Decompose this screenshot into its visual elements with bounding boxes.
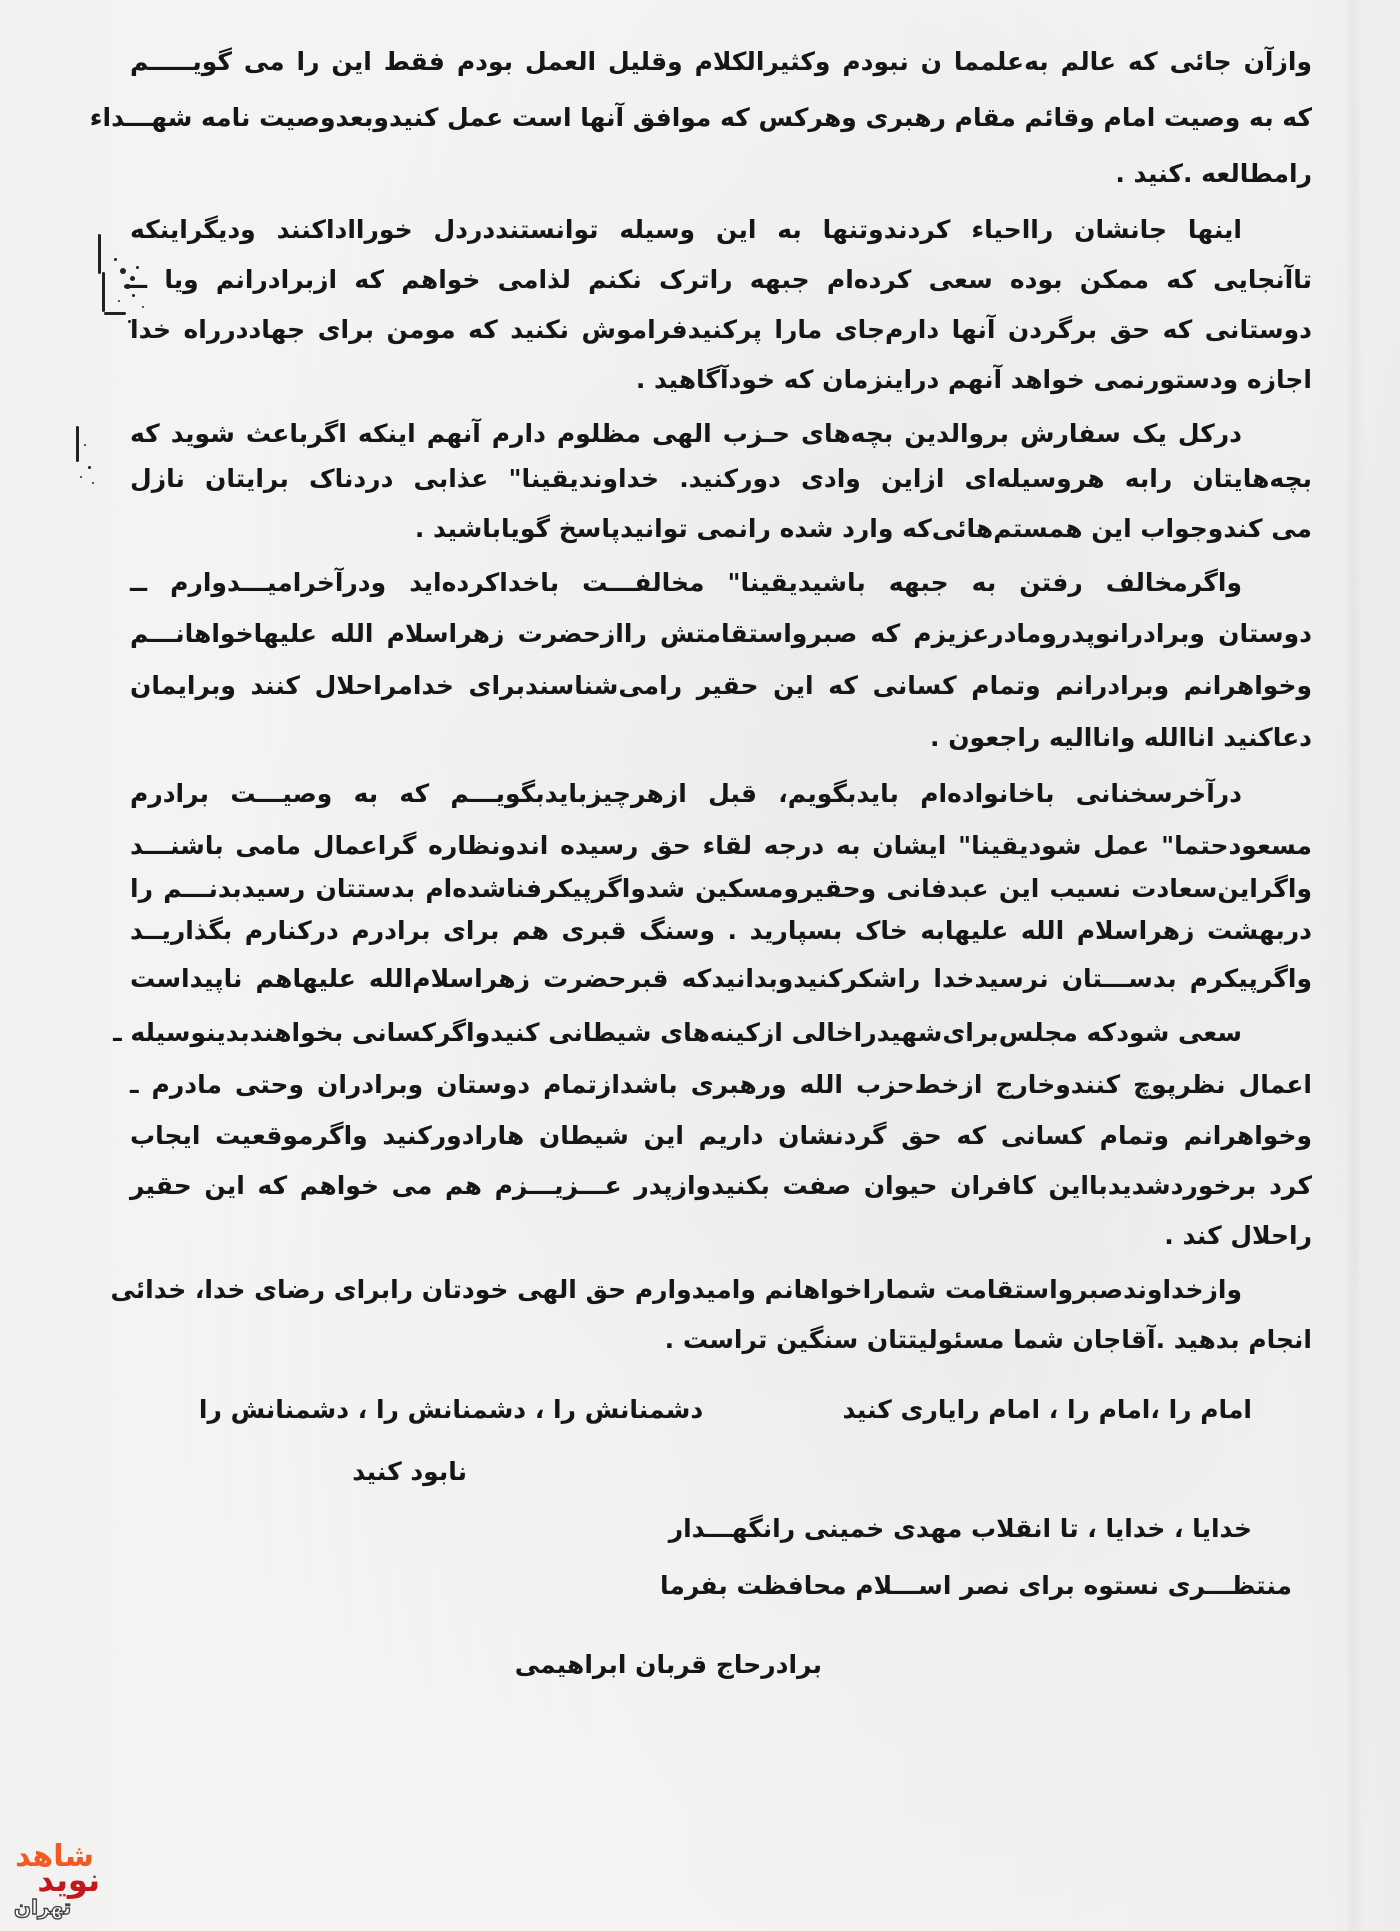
logo-word-tehran: تهران <box>14 1896 71 1918</box>
text-line: دوستان وبرادرانوپدرومادرعزیزم که صبرواست… <box>130 617 1312 651</box>
paper-fold-shadow <box>1345 0 1363 1931</box>
text-line: راحلال کند . <box>130 1219 1312 1253</box>
signature-name: برادرحاج قربان ابراهیمی <box>515 1648 822 1682</box>
text-line: دربهشت زهراسلام الله علیهابه خاک بسپارید… <box>130 914 1312 948</box>
text-line: کرد برخوردشدیدبااین کافران حیوان صفت بکن… <box>130 1169 1312 1203</box>
closing-prayer-line: خدایا ، خدایا ، تا انقلاب مهدی خمینی ران… <box>669 1512 1252 1546</box>
text-line: واگرپیکرم بدســـتان نرسیدخدا راشکرکنیدوب… <box>130 962 1312 996</box>
text-line: وخواهرانم وتمام کسانی که حق گردنشان داری… <box>130 1119 1312 1153</box>
paragraph-start-line: واگرمخالف رفتن به جبهه باشیدیقینا" مخالف… <box>130 566 1312 600</box>
paragraph-start-line: سعی شودکه مجلس‌برای‌شهیدراخالی ازکینه‌ها… <box>130 1016 1312 1050</box>
scanned-page: وازآن جائی که عالم به‌علمما ن نبودم وکثی… <box>0 0 1400 1931</box>
paragraph-start-line: اینها جانشان رااحیاء کردندوتنها به این و… <box>130 213 1312 247</box>
text-line: اجازه ودستورنمی خواهد آنهم دراینزمان که … <box>130 363 1312 397</box>
text-line: می کندوجواب این همستم‌هائی‌که وارد شده ر… <box>130 512 1312 546</box>
text-line: که به وصیت امام وقائم مقام رهبری وهرکس ک… <box>130 101 1312 135</box>
text-line: واگراین‌سعادت نسیب این عبدفانی وحقیرومسک… <box>130 872 1312 906</box>
text-line: اعمال نظرپوچ کنندوخارج ازخط‌حزب الله وره… <box>130 1068 1312 1102</box>
closing-prayer-line: منتظـــری نستوه برای نصر اســـلام محافظت… <box>660 1569 1292 1603</box>
paragraph-start-line: وازخداوندصبرواستقامت شماراخواهانم وامیدو… <box>130 1273 1312 1307</box>
paragraph-start-line: درآخرسخنانی باخانواده‌ام بایدبگویم، قبل … <box>130 777 1312 811</box>
text-line: بچه‌هایتان رابه هروسیله‌ای ازاین وادی دو… <box>130 462 1312 496</box>
text-line: دعاکنید اناالله واناالیه راجعون . <box>130 721 1312 755</box>
paragraph-start-line: درکل یک سفارش بروالدین بچه‌های حـزب الهی… <box>130 417 1312 451</box>
text-line: انجام بدهید .آقاجان شما مسئولیتتان سنگین… <box>130 1323 1312 1357</box>
text-line: وازآن جائی که عالم به‌علمما ن نبودم وکثی… <box>130 45 1312 79</box>
text-line: تاآنجایی که ممکن بوده سعی کرده‌ام جبهه ر… <box>130 263 1312 297</box>
text-line: وخواهرانم وبرادرانم وتمام کسانی که این ح… <box>130 669 1312 703</box>
closing-slogan-line: امام را ،امام را ، امام رایاری کنید دشمن… <box>130 1393 1252 1427</box>
closing-slogan-line: نابود کنید <box>352 1455 467 1489</box>
text-line: رامطالعه .کنید . <box>130 157 1312 191</box>
text-line: مسعودحتما" عمل شودیقینا" ایشان به درجه ل… <box>130 829 1312 863</box>
logo-word-navid: نوید <box>37 1864 100 1896</box>
text-line: دوستانی که حق برگردن آنها دارم‌جای مارا … <box>130 313 1312 347</box>
navid-shahed-tehran-logo: شاهد نوید تهران <box>8 1838 108 1928</box>
ink-smudge-left-margin <box>72 418 102 498</box>
